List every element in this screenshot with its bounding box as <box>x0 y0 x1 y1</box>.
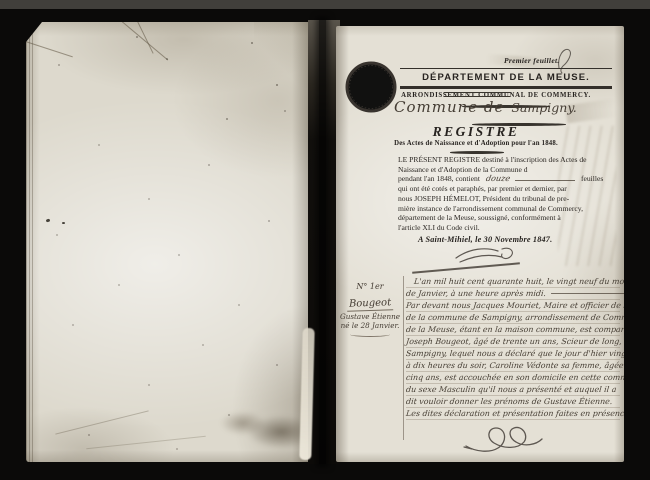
ink-spot <box>46 218 51 222</box>
commune-name-handwritten: Sampigny. <box>511 100 576 115</box>
declaration-line: nous JOSEPH HÉMELOT, Président du tribun… <box>398 194 613 204</box>
act-line-text: de Janvier, à une heure après midi. <box>406 289 547 298</box>
binding-paper-edge <box>299 328 314 460</box>
declaration-line: département de la Meuse, soussigné, conf… <box>398 213 613 223</box>
act-line: de Janvier, à une heure après midi. <box>405 288 620 300</box>
act-line: Par devant nous Jacques Mouriet, Maire e… <box>405 300 620 312</box>
declarant-paraph-flourish-icon <box>462 416 546 462</box>
margin-rule <box>403 276 404 440</box>
declaration-line: mière instance de l'arrondissement commu… <box>398 204 613 214</box>
scanner-edge-strip <box>0 0 650 9</box>
declaration-line-segment: pendant l'an 1848, contient <box>398 174 480 184</box>
page-stack-edge <box>26 22 35 462</box>
registre-title: REGISTRE <box>364 124 588 140</box>
declaration-line: Naissance et d'Adoption de la Commune d <box>398 165 613 175</box>
header-rule-bottom <box>400 86 612 89</box>
margin-note-swash <box>350 332 390 337</box>
registre-subtitle: Des Actes de Naissance et d'Adoption pou… <box>352 140 600 147</box>
act-line: Joseph Bougeot, âgé de trente un ans, Sc… <box>405 336 620 348</box>
paper-specks <box>26 22 28 24</box>
register-title-page: Premier feuillet. DÉPARTEMENT DE LA MEUS… <box>336 26 624 462</box>
act-line: L'an mil huit cent quarante huit, le vin… <box>405 276 620 288</box>
ornament-double-rule <box>444 92 510 97</box>
paper-crease <box>102 22 169 61</box>
act-line: cinq ans, est accouchée en son domicile … <box>405 372 620 384</box>
feuilles-count-handwritten: douze <box>485 174 511 184</box>
corner-fold <box>254 22 312 88</box>
dateline: A Saint-Mihiel, le 30 Novembre 1847. <box>418 235 552 244</box>
commune-line: Commune de Sampigny. <box>394 98 618 117</box>
act-surname: Bougeot <box>347 297 394 312</box>
declaration-line: pendant l'an 1848, contient douze feuill… <box>398 174 613 184</box>
ink-spot <box>62 222 65 224</box>
birth-act-handwritten: L'an mil huit cent quarante huit, le vin… <box>406 276 620 424</box>
fill-line <box>551 293 624 294</box>
fill-in-dash <box>515 180 575 181</box>
declaration-paragraph: LE PRÉSENT REGISTRE destiné à l'inscript… <box>398 155 613 233</box>
register-scan: Premier feuillet. DÉPARTEMENT DE LA MEUS… <box>0 0 650 480</box>
act-line: du sexe Masculin qu'il nous a présenté e… <box>405 384 620 396</box>
act-line: à dix heures du soir, Caroline Védonte s… <box>405 360 620 372</box>
declaration-line: LE PRÉSENT REGISTRE destiné à l'inscript… <box>398 155 613 165</box>
act-line: dit vouloir donner les prénoms de Gustav… <box>405 396 620 408</box>
act-margin-note: N° 1er Bougeot Gustave Étienne né le 28 … <box>338 282 402 337</box>
commune-label: Commune de <box>394 98 504 116</box>
binding-shadow <box>319 20 326 464</box>
act-line: Sampigny, lequel nous a déclaré que le j… <box>405 348 620 360</box>
act-birth-date: né le 28 Janvier. <box>338 321 402 330</box>
act-given-names: Gustave Étienne <box>338 312 402 321</box>
declaration-line: qui ont été cotés et paraphés, par premi… <box>398 184 613 194</box>
paper-crease <box>55 410 148 434</box>
official-seal-stamp-icon <box>344 60 398 114</box>
blank-left-page <box>26 22 312 462</box>
paper-stain <box>214 400 310 458</box>
header-rule-top <box>400 68 612 69</box>
declaration-line-segment: feuilles <box>581 174 603 184</box>
act-line: de la Meuse, étant en la maison commune,… <box>405 324 620 336</box>
act-line: de la commune de Sampigny, arrondissemen… <box>405 312 620 324</box>
declaration-line: l'article XLI du Code civil. <box>398 223 613 233</box>
folio-label: Premier feuillet. <box>504 56 560 65</box>
act-number: N° 1er <box>338 282 402 291</box>
departement-heading: DÉPARTEMENT DE LA MEUSE. <box>400 72 612 83</box>
ornament-rule <box>450 151 504 154</box>
paper-crease <box>86 436 205 450</box>
